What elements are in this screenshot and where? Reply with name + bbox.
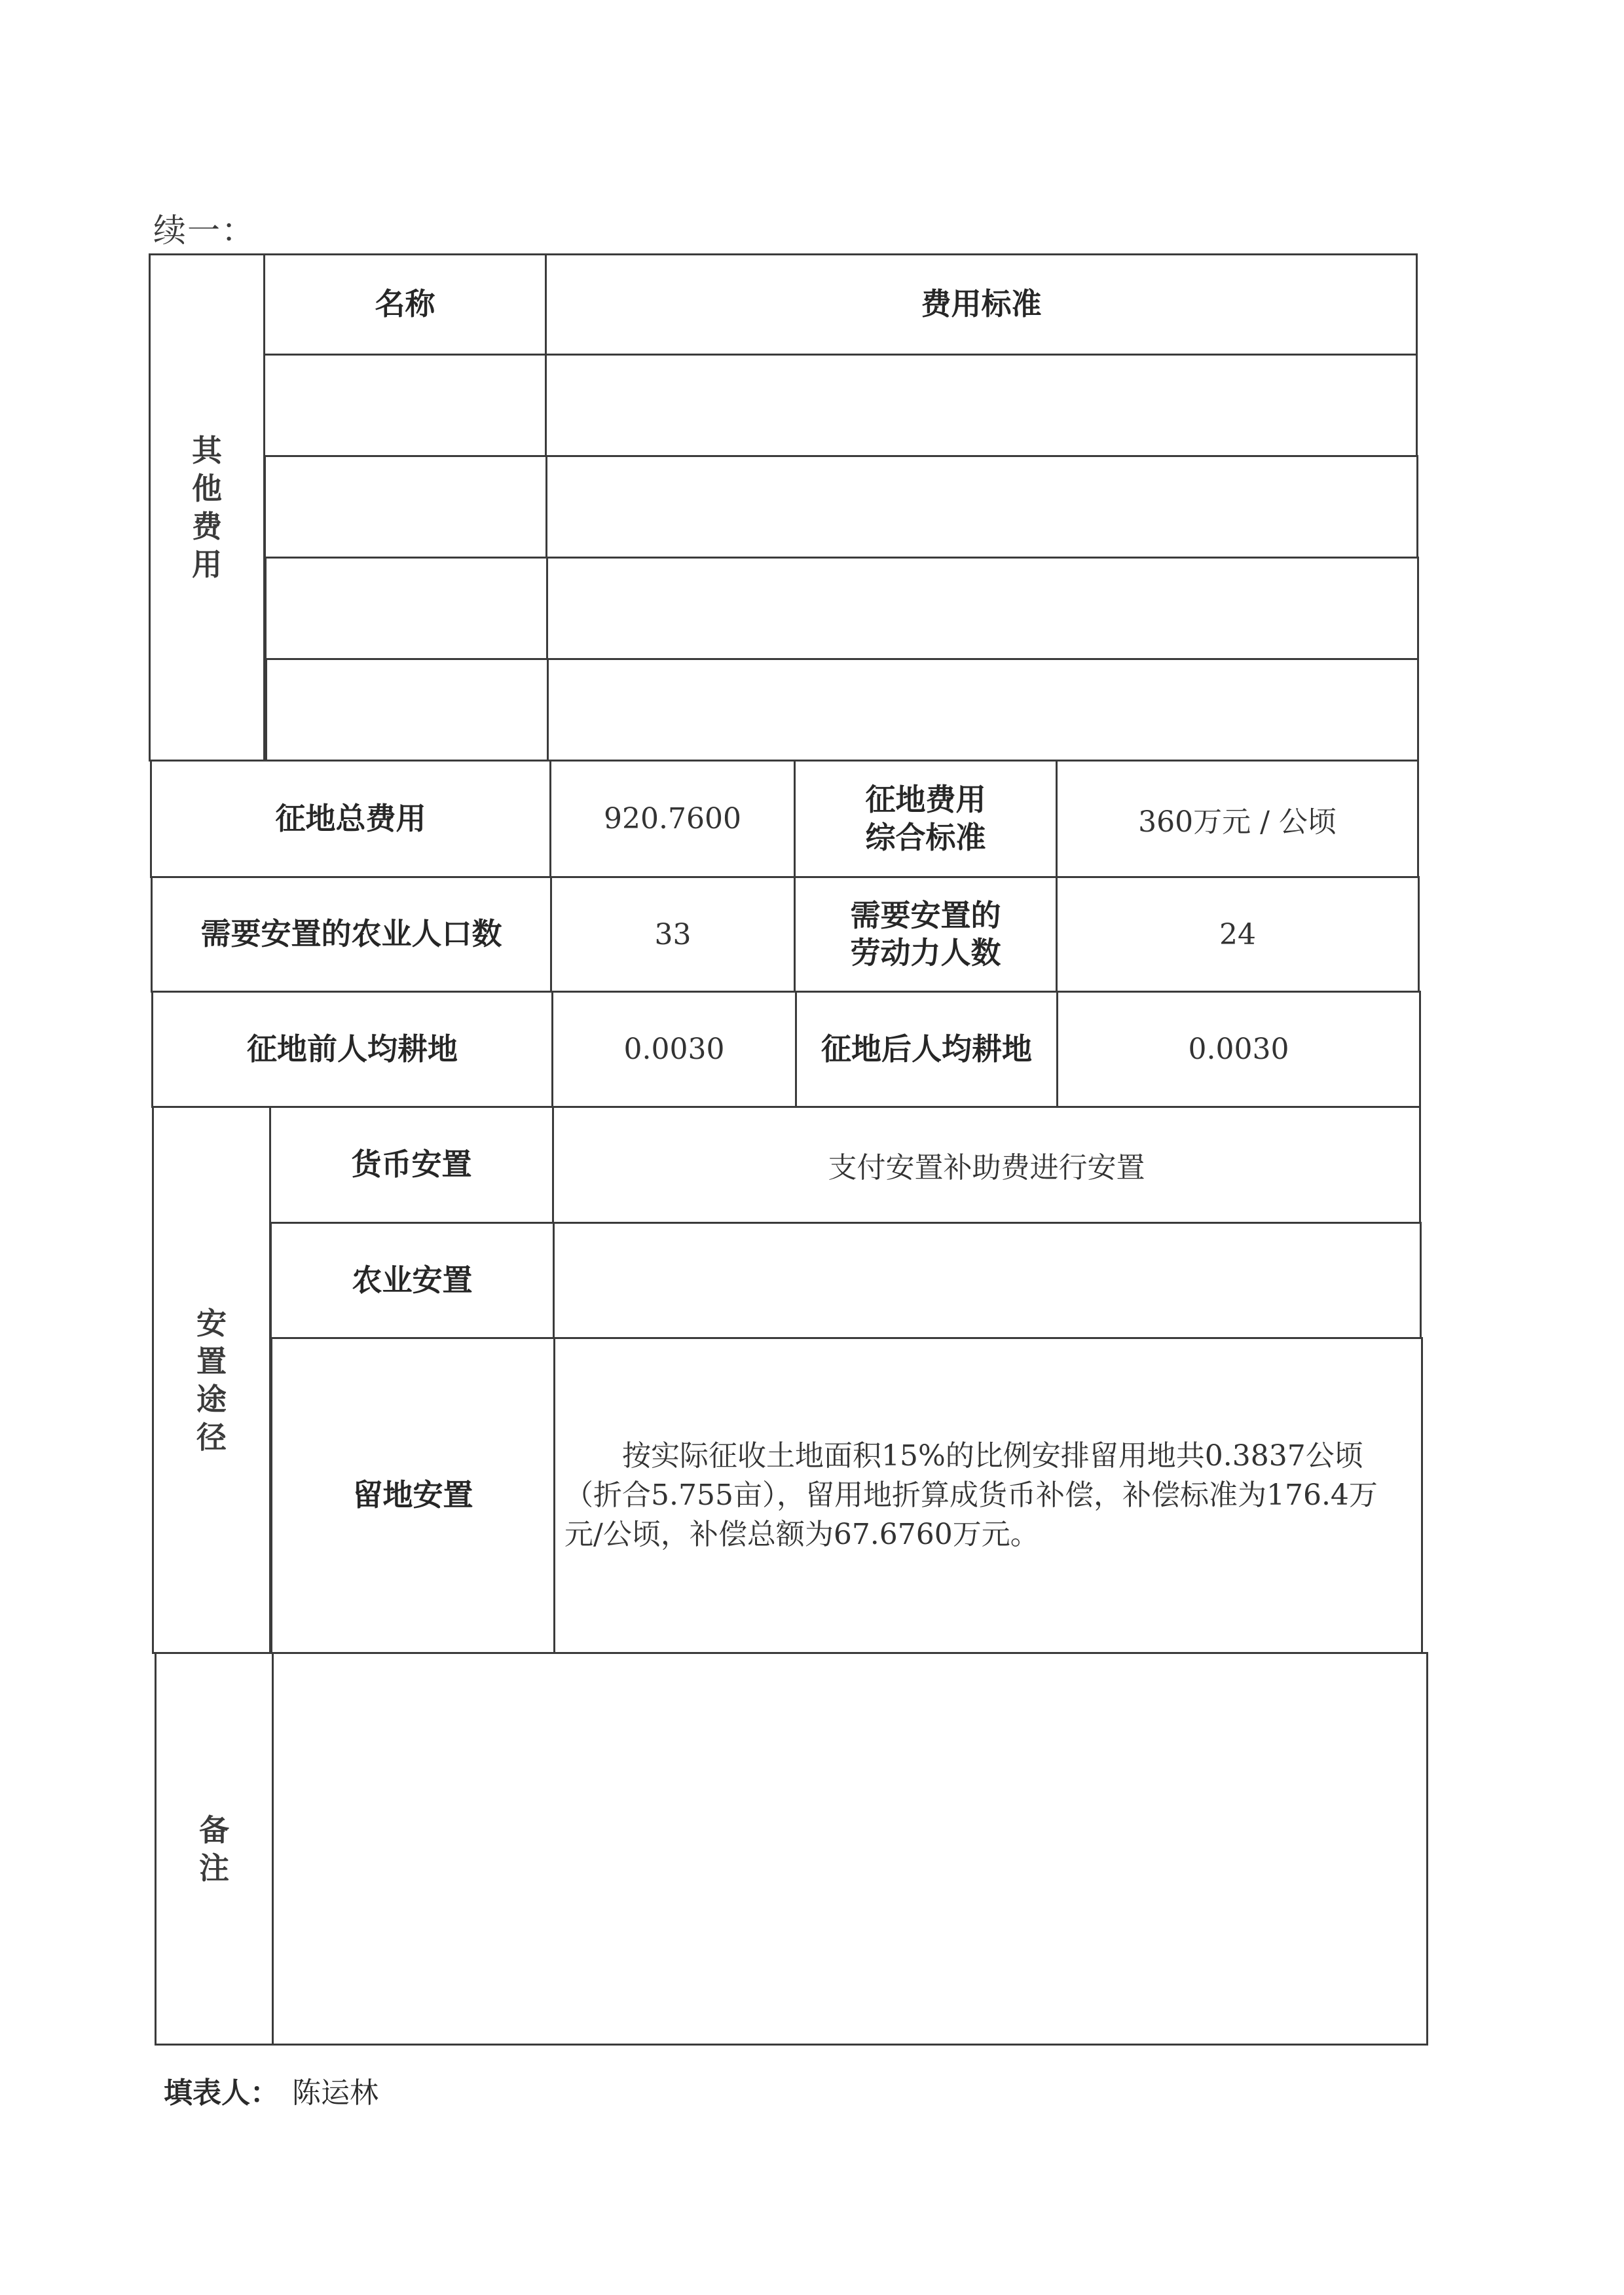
filler-name: 陈运林 [292, 2076, 378, 2110]
monetary-resettlement-value: 支付安置补助费进行安置 [552, 1106, 1421, 1224]
other-fee-standard-2[interactable] [545, 455, 1418, 559]
reserved-land-resettlement-value: 按实际征收土地面积15%的比例安排留用地共0.3837公顷（折合5.755亩），… [553, 1337, 1423, 1654]
label-char: 径 [196, 1418, 227, 1456]
reserved-land-resettlement-label: 留地安置 [270, 1337, 555, 1654]
label-char: 注 [199, 1849, 229, 1887]
header-name: 名称 [263, 253, 547, 356]
farmland-after-label: 征地后人均耕地 [795, 991, 1058, 1108]
label-char: 置 [196, 1342, 227, 1380]
filler-line: 填表人：陈运林 [164, 2069, 378, 2111]
farmland-before-label: 征地前人均耕地 [151, 991, 553, 1108]
other-fee-standard-1[interactable] [545, 354, 1418, 457]
composite-standard-value: 360万元 / 公顷 [1056, 760, 1419, 878]
farmland-before-value: 0.0030 [551, 991, 797, 1108]
page-title: 续一： [153, 204, 255, 251]
filler-label: 填表人： [164, 2076, 279, 2110]
resettlement-section-label: 安 置 途 径 [152, 1106, 271, 1654]
remarks-value[interactable] [272, 1652, 1428, 2046]
label-char: 他 [192, 469, 222, 507]
other-fee-standard-4[interactable] [547, 658, 1419, 762]
label-char: 途 [196, 1380, 227, 1418]
label-char: 其 [192, 431, 222, 469]
other-fee-name-4[interactable] [265, 658, 549, 762]
labor-count-label-line1: 需要安置的 [851, 897, 1001, 935]
farmland-after-value: 0.0030 [1056, 991, 1421, 1108]
label-char: 费 [192, 507, 222, 545]
total-fee-value: 920.7600 [549, 760, 796, 878]
other-fee-name-1[interactable] [263, 354, 547, 457]
agricultural-resettlement-value[interactable] [553, 1222, 1422, 1339]
monetary-resettlement-label: 货币安置 [269, 1106, 554, 1224]
other-fee-name-3[interactable] [265, 557, 548, 660]
labor-count-value: 24 [1056, 876, 1420, 993]
header-standard: 费用标准 [545, 253, 1418, 356]
labor-count-label: 需要安置的 劳动力人数 [794, 876, 1058, 993]
composite-standard-label-line2: 综合标准 [866, 819, 986, 857]
other-fee-standard-3[interactable] [546, 557, 1419, 660]
label-char: 安 [196, 1304, 227, 1342]
total-fee-label: 征地总费用 [150, 760, 551, 878]
agri-population-value: 33 [550, 876, 796, 993]
other-fees-section-label: 其 他 费 用 [149, 253, 265, 762]
agricultural-resettlement-label: 农业安置 [270, 1222, 555, 1339]
label-char: 用 [192, 545, 222, 583]
agri-population-label: 需要安置的农业人口数 [151, 876, 552, 993]
composite-standard-label: 征地费用 综合标准 [794, 760, 1058, 878]
composite-standard-label-line1: 征地费用 [866, 781, 986, 819]
remarks-section-label: 备 注 [155, 1652, 274, 2046]
other-fee-name-2[interactable] [264, 455, 547, 559]
labor-count-label-line2: 劳动力人数 [851, 934, 1001, 972]
label-char: 备 [199, 1811, 229, 1849]
reserved-land-description: 按实际征收土地面积15%的比例安排留用地共0.3837公顷（折合5.755亩），… [564, 1437, 1405, 1554]
